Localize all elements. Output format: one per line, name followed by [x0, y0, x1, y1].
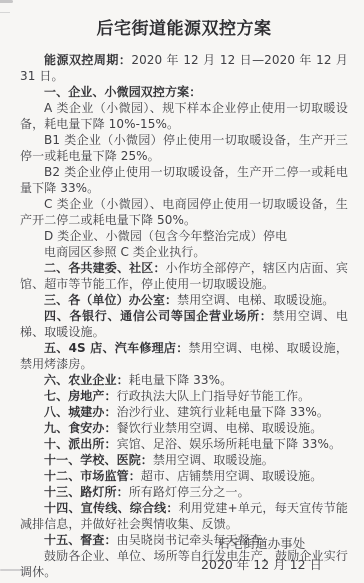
paragraph-label: 八、城建办：: [44, 405, 117, 419]
paragraph-text: 行政执法大队上门指导好节能工作。: [117, 389, 311, 403]
paragraph-text: C 类企业（小微园）、电商园停止使用一切取暖设备，生产开二停二或耗电量下降 50…: [20, 197, 348, 227]
paragraph-class-d: D 类企业、小微园（包含今年整治完成）停电: [20, 228, 348, 244]
paragraph-period: 能源双控周期：2020 年 12 月 12 日—2020 年 12 月 31 日…: [20, 52, 348, 84]
paragraph-text: 餐饮行业禁用空调、电梯、取暖设施。: [117, 421, 323, 435]
document-body: 后宅街道能源双控方案 能源双控周期：2020 年 12 月 12 日—2020 …: [0, 0, 364, 580]
paragraph-label: 十四、宣传线、综合线：: [44, 501, 179, 515]
paragraph-section-14: 十四、宣传线、综合线：利用党建+单元，每天宣传节能减排信息，并做好社会舆情收集、…: [20, 500, 348, 532]
paragraph-section-1: 一、企业、小微园双控方案：: [20, 84, 348, 100]
paragraph-label: 三、各（单位）办公室：: [44, 293, 177, 307]
paragraph-section-2: 二、各共建委、社区：小作坊全部停产，辖区内店面、宾馆、超市等节能工作，停止使用一…: [20, 260, 348, 292]
signature-date: 2020 年 12 月 12 日: [201, 554, 322, 575]
paragraph-text: 宾馆、足浴、娱乐场所耗电量下降 33%。: [117, 437, 342, 451]
paragraph-section-7: 七、房地产：行政执法大队上门指导好节能工作。: [20, 388, 348, 404]
document-title: 后宅街道能源双控方案: [20, 14, 348, 39]
paragraph-section-11: 十一、学校、医院：禁用空调、取暖设施。: [20, 452, 348, 468]
paragraph-text: A 类企业（小微园）、规下样本企业停止使用一切取暖设备，耗电量下降 10%-15…: [20, 101, 348, 131]
paragraph-label: 十、派出所：: [44, 437, 117, 451]
scan-artifact: [0, 12, 10, 13]
paragraph-label: 十一、学校、医院：: [44, 453, 153, 467]
paragraph-label: 十二、市场监管：: [44, 469, 141, 483]
paragraph-section-12: 十二、市场监管：超市、店铺禁用空调、取暖设施。: [20, 468, 348, 484]
paragraph-label: 二、各共建委、社区：: [44, 261, 166, 275]
paragraph-text: D 类企业、小微园（包含今年整治完成）停电: [44, 229, 287, 243]
paragraph-section-4: 四、各银行、通信公司等国企营业场所：禁用空调、电梯、取暖设施。: [20, 308, 348, 340]
scan-artifact: [0, 0, 13, 3]
document-page: 后宅街道能源双控方案 能源双控周期：2020 年 12 月 12 日—2020 …: [0, 0, 364, 583]
paragraph-text: 治沙行业、建筑行业耗电量下降 33%。: [117, 405, 329, 419]
paragraph-class-c: C 类企业（小微园）、电商园停止使用一切取暖设备，生产开二停二或耗电量下降 50…: [20, 196, 348, 228]
paragraph-class-b1: B1 类企业（小微园）停止使用一切取暖设备，生产开三停一或耗电量下降 25%。: [20, 132, 348, 164]
paragraph-section-13: 十三、路灯所：所有路灯停三分之一。: [20, 484, 348, 500]
paragraph-text: B1 类企业（小微园）停止使用一切取暖设备，生产开三停一或耗电量下降 25%。: [20, 133, 348, 163]
paragraph-label: 七、房地产：: [44, 389, 117, 403]
paragraph-section-8: 八、城建办：治沙行业、建筑行业耗电量下降 33%。: [20, 404, 348, 420]
paragraph-text: B2 类企业停止使用一切取暖设备，生产开二停一或耗电量下降 33%。: [20, 165, 348, 195]
paragraph-label: 四、各银行、通信公司等国企营业场所：: [44, 309, 272, 323]
paragraph-text: 超市、店铺禁用空调、取暖设施。: [141, 469, 323, 483]
paragraph-label: 九、食安办：: [44, 421, 117, 435]
paragraph-section-3: 三、各（单位）办公室：禁用空调、电梯、取暖设施。: [20, 292, 348, 308]
paragraph-label: 一、企业、小微园双控方案：: [44, 85, 201, 99]
paragraph-label: 十三、路灯所：: [44, 485, 129, 499]
paragraph-text: 电商园区参照 C 类企业执行。: [44, 245, 206, 259]
paragraph-class-a: A 类企业（小微园）、规下样本企业停止使用一切取暖设备，耗电量下降 10%-15…: [20, 100, 348, 132]
paragraph-section-6: 六、农业企业：耗电量下降 33%。: [20, 372, 348, 388]
paragraph-label: 五、4S 店、汽车修理店：: [44, 341, 188, 355]
scan-artifact: [0, 569, 28, 571]
paragraph-label: 六、农业企业：: [44, 373, 129, 387]
signature-org: 后宅街道办事处: [201, 533, 322, 554]
paragraph-ecommerce-note: 电商园区参照 C 类企业执行。: [20, 244, 348, 260]
signature-block: 后宅街道办事处 2020 年 12 月 12 日: [201, 533, 322, 575]
paragraph-label: 能源双控周期：: [44, 53, 131, 67]
paragraph-class-b2: B2 类企业停止使用一切取暖设备，生产开二停一或耗电量下降 33%。: [20, 164, 348, 196]
paragraph-section-9: 九、食安办：餐饮行业禁用空调、电梯、取暖设施。: [20, 420, 348, 436]
paragraph-text: 禁用空调、取暖设施。: [153, 453, 274, 467]
paragraph-section-10: 十、派出所：宾馆、足浴、娱乐场所耗电量下降 33%。: [20, 436, 348, 452]
paragraph-text: 禁用空调、电梯、取暖设施。: [177, 293, 334, 307]
paragraph-label: 十五、督查：: [44, 533, 117, 547]
paragraph-text: 所有路灯停三分之一。: [129, 485, 250, 499]
paragraph-text: 耗电量下降 33%。: [129, 373, 233, 387]
paragraph-section-5: 五、4S 店、汽车修理店：禁用空调、电梯、取暖设施，禁用烤漆房。: [20, 340, 348, 372]
